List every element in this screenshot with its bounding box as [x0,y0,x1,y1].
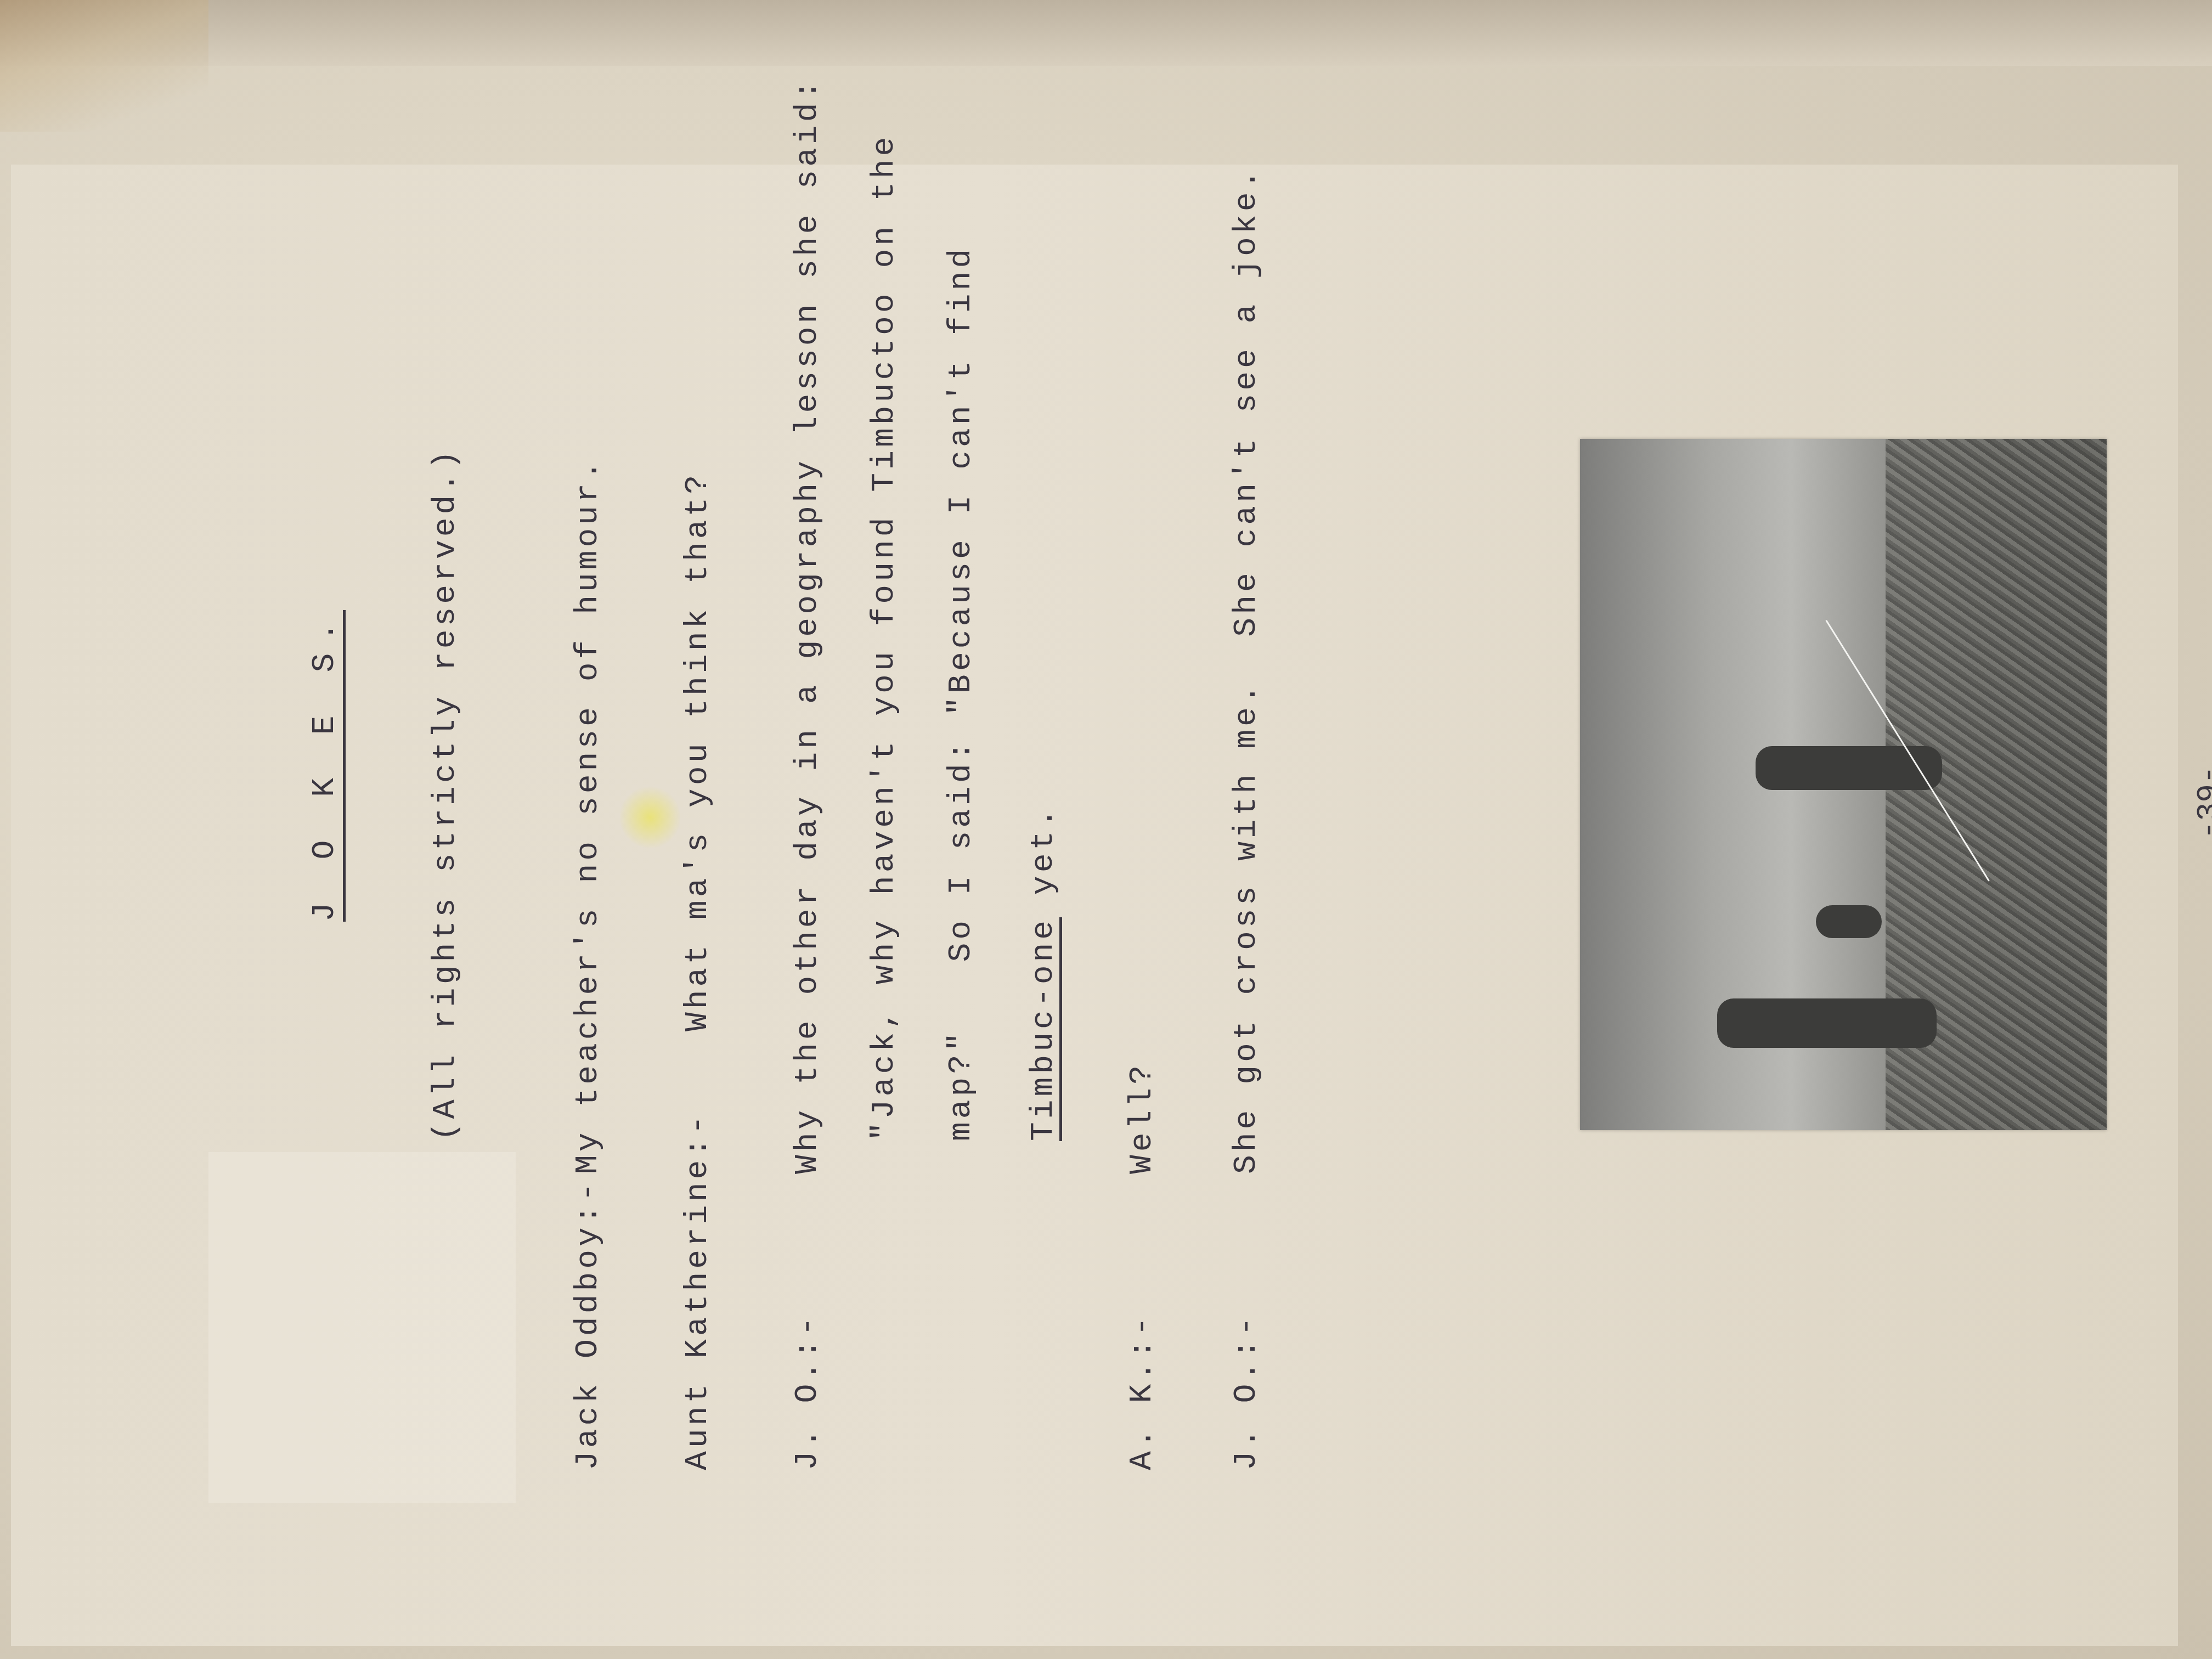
golf-photograph [1580,439,2107,1130]
page-title: J O K E S. [307,610,343,922]
page-edge [0,0,2212,66]
dialogue-text: Why the other day in a geography lesson … [790,77,826,1174]
water-stain [208,1152,516,1503]
dialogue-text: map?" So I said: "Because I can't find [944,246,979,1141]
dialogue-text: She got cross with me. She can't see a j… [1229,167,1265,1174]
speaker-label: J. O.:- [1229,1313,1265,1470]
dialogue-text: Timbuc-one yet. [1026,805,1062,1141]
golfer-figure [1717,998,1937,1048]
caddie-figure [1816,905,1882,938]
dialogue-text: My teacher's no sense of humour. [571,458,606,1174]
underlined-word: Timbuc-one [1026,917,1062,1141]
golfer-figure [1756,746,1942,790]
dialogue-text: What ma's you think that? [680,472,716,1031]
speaker-label: A. K.:- [1125,1313,1160,1470]
speaker-label: Aunt Katherine:- [680,1112,716,1470]
speaker-label: Jack Oddboy:- [571,1180,606,1470]
yellow-stain [620,785,680,850]
dialogue-text: Well? [1125,1062,1160,1174]
corner-stain [0,0,208,132]
page-number: -39- [2192,766,2212,839]
dialogue-text: "Jack, why haven't you found Timbuctoo o… [867,134,902,1141]
speaker-label: J. O.:- [790,1313,826,1470]
dialogue-text-tail: yet. [1026,805,1062,917]
subtitle: (All rights strictly reserved.) [428,447,464,1141]
photo-of-scrapbook-page: J O K E S. (All rights strictly reserved… [0,0,2212,1659]
